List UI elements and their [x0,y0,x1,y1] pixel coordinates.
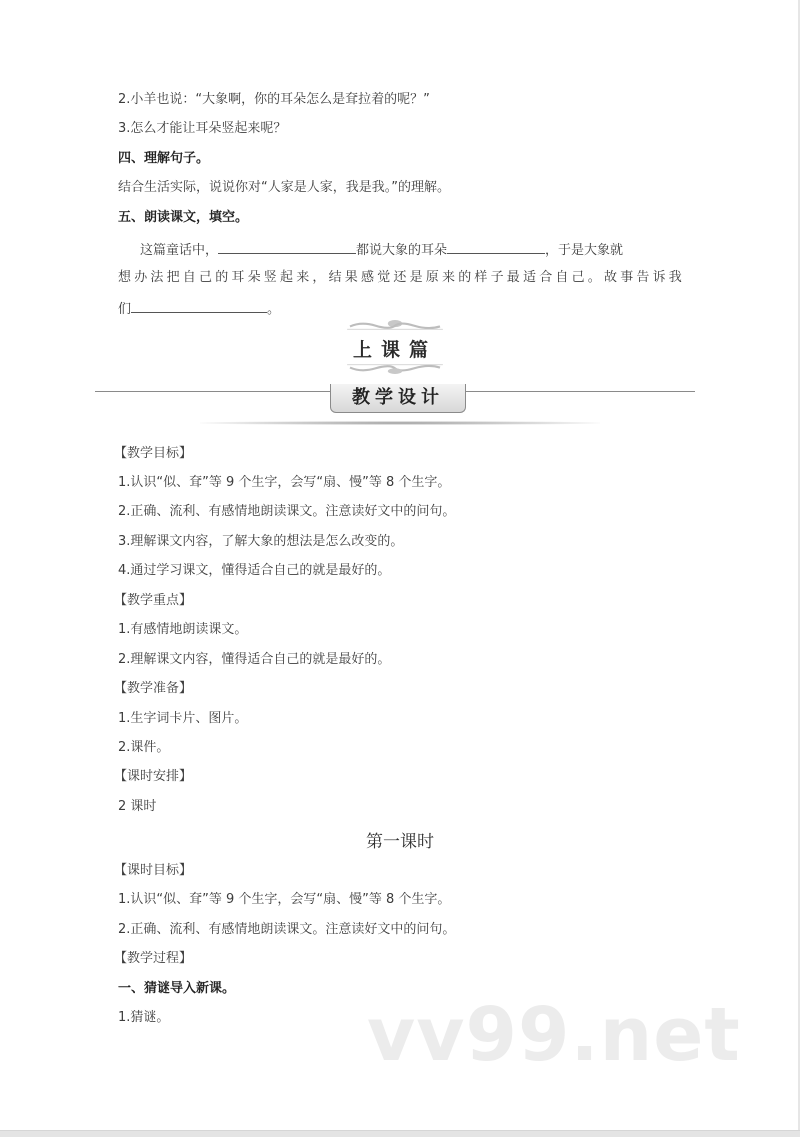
fill-line-1: 这篇童话中，都说大象的耳朵，于是大象就 [140,239,623,260]
prep-heading: 【教学准备】 [114,680,192,698]
focus-item: 1.有感情地朗读课文。 [118,621,247,639]
goal-item: 4.通过学习课文，懂得适合自己的就是最好的。 [118,562,390,580]
section-title: 上课篇 [328,337,462,363]
lesson-goal-item: 1.认识“似、耷”等 9 个生字，会写“扇、慢”等 8 个生字。 [118,891,450,909]
lesson-goals-heading: 【课时目标】 [114,862,192,880]
watermark: vv99.net [367,995,741,1075]
fill-blank-3[interactable] [131,298,267,313]
tab-shadow [200,421,600,425]
goal-item: 1.认识“似、耷”等 9 个生字，会写“扇、慢”等 8 个生字。 [118,474,450,492]
goals-heading: 【教学目标】 [114,445,192,463]
schedule-value: 2 课时 [118,798,156,816]
goal-item: 3.理解课文内容，了解大象的想法是怎么改变的。 [118,533,403,551]
fill-text-3: ，于是大象就 [545,243,623,258]
top-ornament-icon [328,320,462,330]
fill-blank-2[interactable] [447,239,545,254]
understand-sentence-text: 结合生活实际，说说你对“人家是人家，我是我。”的理解。 [118,179,450,197]
fill-text-4: 们 [118,302,131,317]
question-3: 3.怎么才能让耳朵竖起来呢？ [118,120,286,138]
question-2: 2.小羊也说：“大象啊，你的耳朵怎么是耷拉着的呢？” [118,91,430,109]
step-item: 1.猜谜。 [118,1009,169,1027]
step-heading: 一、猜谜导入新课。 [118,980,235,998]
goal-item: 2.正确、流利、有感情地朗读课文。注意读好文中的问句。 [118,503,455,521]
divider-left [95,391,335,392]
focus-item: 2.理解课文内容，懂得适合自己的就是最好的。 [118,651,390,669]
fill-text-2: 都说大象的耳朵 [356,243,447,258]
lesson-title: 第一课时 [0,827,800,852]
lesson-goal-item: 2.正确、流利、有感情地朗读课文。注意读好文中的问句。 [118,921,455,939]
bottom-ornament-icon [328,364,462,374]
fill-line-3: 们。 [118,298,280,319]
prep-item: 1.生字词卡片、图片。 [118,710,247,728]
focus-heading: 【教学重点】 [114,592,192,610]
heading-understand-sentence: 四、理解句子。 [118,150,209,168]
teaching-design-tab: 教学设计 [330,384,466,413]
process-heading: 【教学过程】 [114,950,192,968]
fill-text-1: 这篇童话中， [140,243,218,258]
fill-text-5: 。 [267,302,280,317]
fill-blank-1[interactable] [218,239,356,254]
prep-item: 2.课件。 [118,739,169,757]
fill-line-2: 想办法把自己的耳朵竖起来，结果感觉还是原来的样子最适合自己。故事告诉我 [118,269,685,287]
page-bottom-edge [0,1130,800,1137]
heading-read-fill: 五、朗读课文，填空。 [118,209,248,227]
schedule-heading: 【课时安排】 [114,768,192,786]
divider-right [455,391,695,392]
